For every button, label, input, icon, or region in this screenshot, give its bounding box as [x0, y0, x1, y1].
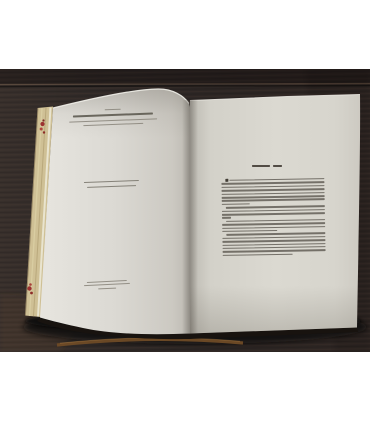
illegible-text-bar [222, 217, 231, 219]
illegible-text-line [69, 112, 157, 117]
illegible-text-line [252, 165, 270, 167]
top-margin [0, 0, 370, 69]
illegible-text-line [273, 165, 282, 167]
illegible-text-bar [252, 165, 270, 167]
screenshot-canvas [0, 0, 370, 423]
left-page-imprint-text [69, 107, 158, 126]
paragraph-bullet [225, 179, 228, 182]
right-page-body-text [221, 177, 326, 256]
right-page-heading [252, 165, 282, 167]
bottom-margin [0, 352, 370, 423]
illegible-text-bar [69, 118, 157, 122]
illegible-text-bar [222, 230, 277, 232]
illegible-text-bar [273, 165, 282, 167]
illegible-text-line [69, 118, 157, 122]
illegible-text-bar [229, 178, 324, 181]
illegible-text-bar [105, 108, 121, 110]
illegible-text-bar [222, 203, 250, 205]
left-page-curvature-shade [40, 89, 190, 334]
illegible-text-bar [73, 112, 153, 117]
book-gutter-shadow [182, 100, 198, 334]
book-photo [0, 69, 370, 352]
